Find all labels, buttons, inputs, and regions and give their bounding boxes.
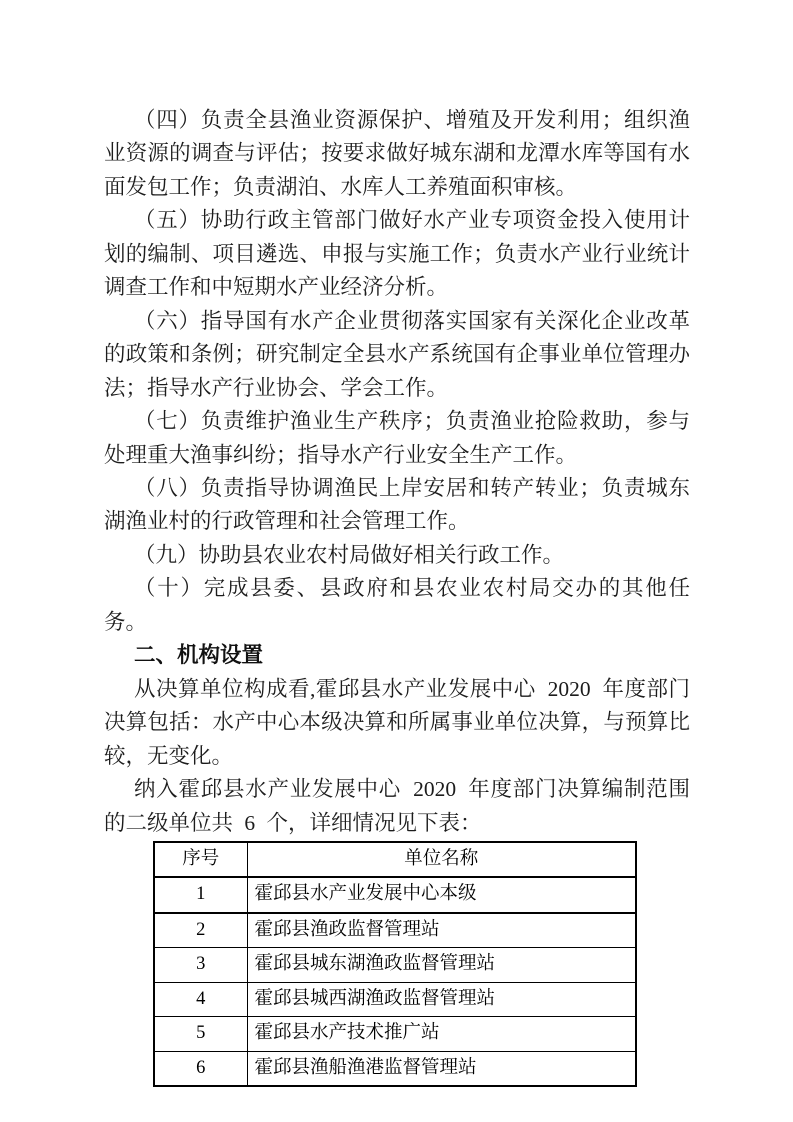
paragraph-duty-9: （九）协助县农业农村局做好相关行政工作。: [104, 539, 690, 572]
document-page: （四）负责全县渔业资源保护、增殖及开发利用；组织渔业资源的调查与评估；按要求做好…: [0, 0, 793, 1122]
paragraph-duty-7: （七）负责维护渔业生产秩序；负责渔业抢险救助，参与处理重大渔事纠纷；指导水产行业…: [104, 405, 690, 472]
document-body: （四）负责全县渔业资源保护、增殖及开发利用；组织渔业资源的调查与评估；按要求做好…: [104, 104, 690, 1087]
paragraph-duty-8: （八）负责指导协调渔民上岸安居和转产转业；负责城东湖渔业村的行政管理和社会管理工…: [104, 472, 690, 539]
paragraph-duty-6: （六）指导国有水产企业贯彻落实国家有关深化企业改革的政策和条例；研究制定全县水产…: [104, 305, 690, 405]
unit-name: 霍邱县水产技术推广站: [247, 1017, 636, 1051]
unit-index: 6: [154, 1051, 247, 1086]
unit-index: 2: [154, 913, 247, 948]
table-row: 6 霍邱县渔船渔港监督管理站: [154, 1051, 636, 1086]
col-header-unit-name: 单位名称: [247, 842, 636, 877]
paragraph-duty-4: （四）负责全县渔业资源保护、增殖及开发利用；组织渔业资源的调查与评估；按要求做好…: [104, 104, 690, 204]
unit-index: 1: [154, 877, 247, 912]
table-row: 4 霍邱县城西湖渔政监督管理站: [154, 982, 636, 1016]
table-row: 2 霍邱县渔政监督管理站: [154, 913, 636, 948]
unit-name: 霍邱县渔政监督管理站: [247, 913, 636, 948]
unit-index: 5: [154, 1017, 247, 1051]
unit-name: 霍邱县渔船渔港监督管理站: [247, 1051, 636, 1086]
table-header-row: 序号 单位名称: [154, 842, 636, 877]
unit-index: 4: [154, 982, 247, 1016]
unit-name: 霍邱县城东湖渔政监督管理站: [247, 948, 636, 982]
unit-name: 霍邱县水产业发展中心本级: [247, 877, 636, 912]
paragraph-subunit-intro: 纳入霍邱县水产业发展中心 2020 年度部门决算编制范围的二级单位共 6 个，详…: [104, 773, 690, 840]
paragraph-budget-composition: 从决算单位构成看,霍邱县水产业发展中心 2020 年度部门决算包括：水产中心本级…: [104, 673, 690, 773]
section-heading-organization: 二、机构设置: [104, 639, 690, 672]
table-row: 5 霍邱县水产技术推广站: [154, 1017, 636, 1051]
col-header-index: 序号: [154, 842, 247, 877]
table-row: 3 霍邱县城东湖渔政监督管理站: [154, 948, 636, 982]
unit-index: 3: [154, 948, 247, 982]
paragraph-duty-10: （十）完成县委、县政府和县农业农村局交办的其他任务。: [104, 572, 690, 639]
unit-table: 序号 单位名称 1 霍邱县水产业发展中心本级 2 霍邱县渔政监督管理站 3 霍邱…: [153, 841, 637, 1087]
unit-name: 霍邱县城西湖渔政监督管理站: [247, 982, 636, 1016]
paragraph-duty-5: （五）协助行政主管部门做好水产业专项资金投入使用计划的编制、项目遴选、申报与实施…: [104, 204, 690, 304]
table-row: 1 霍邱县水产业发展中心本级: [154, 877, 636, 912]
